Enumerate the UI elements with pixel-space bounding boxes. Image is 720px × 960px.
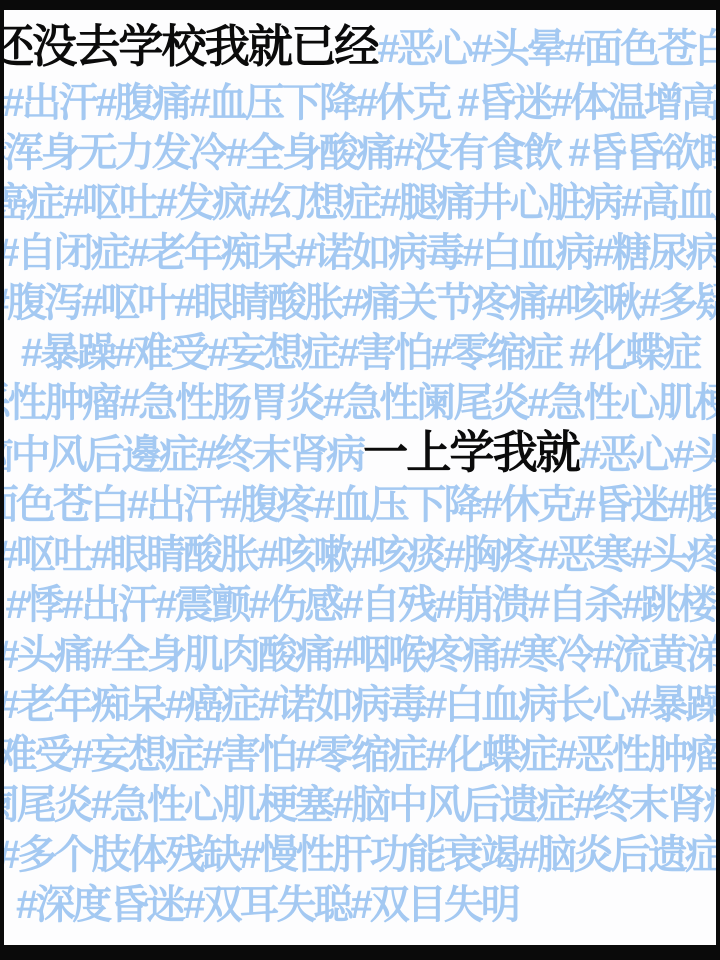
hashtag-text: #恶性肿瘤#急性肠胃炎#急性阑尾炎#急性心肌梗塞 (4, 381, 716, 425)
text-line-5: #自闭症#老年痴呆#诺如病毒#白血病#糖尿病 (4, 228, 716, 278)
hashtag-text: #癌症#呕吐#发疯#幻想症#腿痛井心脏病#高血压 (4, 181, 716, 225)
text-line-6: #腹泻#呕叶#眼睛酸胀#痛关节疼痛#咳啾#多疑 (4, 278, 716, 328)
hashtag-text: #脑中风后邊症#终末肾病 (4, 433, 363, 477)
text-line-14: #老年痴呆#癌症#诺如病毒#白血病长心#暴躁 (4, 680, 716, 730)
hashtag-text: #恶心#头疼 (579, 433, 716, 477)
hashtag-text: 难受#妄想症#害怕#零缩症#化蝶症#恶性肿瘤 (4, 733, 716, 777)
hashtag-text: #头痛#全身肌肉酸痛#咽喉疼痛#寒冷#流黄涕 (4, 633, 716, 677)
text-line-11: #呕吐#眼睛酸胀#咳嗽#咳痰#胸疼#恶寒#头疼 (4, 530, 716, 580)
text-line-18: #深度昏迷#双耳失聪#双目失明 (16, 880, 518, 930)
hashtag-text: #出汗#腹痛#血压下降#休克 #昏迷#体温增高 (4, 81, 716, 125)
headline-text: 还没去学校我就已经 (4, 21, 377, 72)
text-line-1: 还没去学校我就已经#恶心#头晕#面色苍白 (4, 18, 716, 78)
hashtag-text: #深度昏迷#双耳失聪#双目失明 (16, 883, 518, 927)
text-line-15: 难受#妄想症#害怕#零缩症#化蝶症#恶性肿瘤 (4, 730, 716, 780)
hashtag-text: #面色苍白#出汗#腹疼#血压下降#休克#昏迷#腹泻 (4, 483, 716, 527)
hashtag-text: #老年痴呆#癌症#诺如病毒#白血病长心#暴躁 (4, 683, 716, 727)
hashtag-text: #恶心#头晕#面色苍白 (377, 27, 716, 71)
hashtag-text: #腹泻#呕叶#眼睛酸胀#痛关节疼痛#咳啾#多疑 (4, 281, 716, 325)
text-line-8: #恶性肿瘤#急性肠胃炎#急性阑尾炎#急性心肌梗塞 (4, 378, 716, 428)
meme-canvas: 还没去学校我就已经#恶心#头晕#面色苍白#出汗#腹痛#血压下降#休克 #昏迷#体… (4, 10, 716, 945)
text-line-13: #头痛#全身肌肉酸痛#咽喉疼痛#寒冷#流黄涕 (4, 630, 716, 680)
text-line-16: 阑尾炎#急性心肌梗塞#脑中风后遗症#终末肾病 (4, 780, 716, 830)
text-line-7: #暴躁#难受#妄想症#害怕#零缩症 #化蝶症 (21, 328, 700, 378)
hashtag-text: #呕吐#眼睛酸胀#咳嗽#咳痰#胸疼#恶寒#头疼 (4, 533, 716, 577)
headline-text: 一上学我就 (363, 427, 579, 478)
hashtag-text: #暴躁#难受#妄想症#害怕#零缩症 #化蝶症 (21, 331, 700, 375)
hashtag-text: #自闭症#老年痴呆#诺如病毒#白血病#糖尿病 (4, 231, 716, 275)
text-line-12: #悸#出汗#震颤#伤感#自残#崩溃#自杀#跳楼 (6, 580, 715, 630)
hashtag-text: #多个肢体残缺#慢性肝功能衰竭#脑炎后遗症 (4, 833, 716, 877)
text-line-2: #出汗#腹痛#血压下降#休克 #昏迷#体温增高 (4, 78, 716, 128)
hashtag-text: 阑尾炎#急性心肌梗塞#脑中风后遗症#终末肾病 (4, 783, 716, 827)
text-line-4: #癌症#呕吐#发疯#幻想症#腿痛井心脏病#高血压 (4, 178, 716, 228)
text-line-17: #多个肢体残缺#慢性肝功能衰竭#脑炎后遗症 (4, 830, 716, 880)
text-line-3: #浑身无力发冷#全身酸痛#没有食飲 #昏昏欲睡 (4, 128, 716, 178)
text-line-10: #面色苍白#出汗#腹疼#血压下降#休克#昏迷#腹泻 (4, 480, 716, 530)
text-line-9: #脑中风后邊症#终末肾病一上学我就#恶心#头疼 (4, 428, 716, 480)
hashtag-text: #浑身无力发冷#全身酸痛#没有食飲 #昏昏欲睡 (4, 131, 716, 175)
hashtag-text: #悸#出汗#震颤#伤感#自残#崩溃#自杀#跳楼 (6, 583, 715, 627)
